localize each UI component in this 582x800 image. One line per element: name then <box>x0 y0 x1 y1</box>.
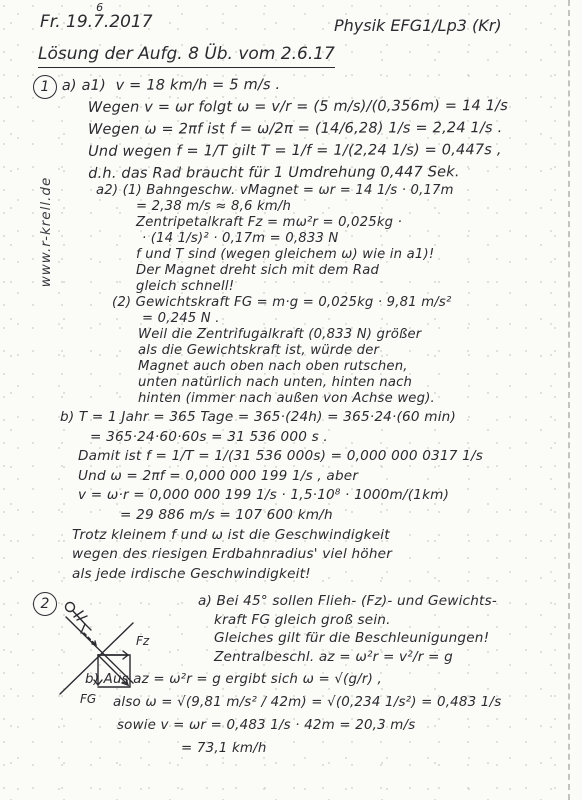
handwritten-line: = 0,245 N . <box>142 311 454 327</box>
handwritten-line: kraft FG gleich groß sein. <box>214 611 497 630</box>
handwritten-line: = 2,38 m/s ≈ 8,6 km/h <box>136 199 454 215</box>
handwritten-line: f und T sind (wegen gleichem ω) wie in a… <box>136 247 454 263</box>
problem-1-a2-block: a2) (1) Bahngeschw. vMagnet = ωr = 14 1/… <box>96 183 454 407</box>
motion-arrow <box>84 633 96 645</box>
problem-1-b-block: b) T = 1 Jahr = 365 Tage = 365·(24h) = 3… <box>60 408 483 584</box>
date: Fr. 19.67.2017 <box>40 12 153 32</box>
handwritten-line: Trotz kleinem f und ω ist die Geschwindi… <box>72 526 483 546</box>
handwritten-line: v = ω·r = 0,000 000 199 1/s · 1,5·10⁸ · … <box>78 486 483 506</box>
page-title: Lösung der Aufg. 8 Üb. vom 2.6.17 <box>38 44 335 68</box>
date-suffix: .2017 <box>104 12 153 32</box>
handwritten-line: d.h. das Rad braucht für 1 Umdrehung 0,4… <box>88 161 508 185</box>
fz-label: Fz <box>136 634 150 648</box>
handwritten-line: = 365·24·60·60s = 31 536 000 s . <box>90 428 483 448</box>
handwritten-line: Zentralbeschl. az = ω²r = v²/r = g <box>214 648 497 667</box>
date-correction-superscript: 6 <box>96 2 103 13</box>
handwritten-line: = 29 886 m/s = 107 600 km/h <box>120 506 483 526</box>
problem-2-b-block: b) Aus az = ω²r = g ergibt sich ω = √(g/… <box>85 668 501 760</box>
scan-edge-line <box>568 0 570 800</box>
problem-2-a-block: a) Bei 45° sollen Flieh- (Fz)- und Gewic… <box>198 592 497 666</box>
handwritten-line: wegen des riesigen Erdbahnradius' viel h… <box>72 545 483 565</box>
problem-1-marker: 1 <box>33 75 57 99</box>
handwritten-line: als jede irdische Geschwindigkeit! <box>72 565 483 585</box>
handwritten-line: Der Magnet dreht sich mit dem Rad <box>136 263 454 279</box>
handwritten-line: hinten (immer nach außen von Achse weg). <box>138 391 454 407</box>
handwritten-line: (2) Gewichtskraft FG = m·g = 0,025kg · 9… <box>112 295 454 311</box>
handwritten-line: · (14 1/s)² · 0,17m = 0,833 N <box>142 231 454 247</box>
handwritten-line: Weil die Zentrifugalkraft (0,833 N) größ… <box>138 327 454 343</box>
handwritten-line: Magnet auch oben nach oben rutschen, <box>138 359 454 375</box>
handwritten-line: sowie v = ωr = 0,483 1/s · 42m = 20,3 m/… <box>117 714 501 737</box>
handwritten-line: Gleiches gilt für die Beschleunigungen! <box>214 629 497 648</box>
handwritten-line: Wegen v = ωr folgt ω = v/r = (5 m/s)/(0,… <box>88 95 508 119</box>
date-month-corrected: 67 <box>93 12 104 32</box>
handwritten-line: Und wegen f = 1/T gilt T = 1/f = 1/(2,24… <box>88 139 508 163</box>
handwritten-line: b) T = 1 Jahr = 365 Tage = 365·(24h) = 3… <box>60 408 483 428</box>
handwritten-line: b) Aus az = ω²r = g ergibt sich ω = √(g/… <box>85 668 501 691</box>
handwritten-line: = 73,1 km/h <box>181 737 501 760</box>
handwritten-line: Damit ist f = 1/T = 1/(31 536 000s) = 0,… <box>78 447 483 467</box>
handwritten-line: Wegen ω = 2πf ist f = ω/2π = (14/6,28) 1… <box>88 117 508 141</box>
date-prefix: Fr. 19. <box>40 12 93 32</box>
handwritten-line: unten natürlich nach unten, hinten nach <box>138 375 454 391</box>
handwritten-line: a) Bei 45° sollen Flieh- (Fz)- und Gewic… <box>198 592 497 611</box>
handwritten-line: Zentripetalkraft Fz = mω²r = 0,025kg · <box>136 215 454 231</box>
handwritten-line: a) a1) v = 18 km/h = 5 m/s . <box>62 73 508 97</box>
handwritten-line: also ω = √(9,81 m/s² / 42m) = √(0,234 1/… <box>113 691 501 714</box>
handwritten-line: Und ω = 2πf = 0,000 000 199 1/s , aber <box>78 467 483 487</box>
handwritten-line: gleich schnell! <box>136 279 454 295</box>
handwritten-line: a2) (1) Bahngeschw. vMagnet = ωr = 14 1/… <box>96 183 454 199</box>
watermark-url: www.r-krell.de <box>38 126 58 338</box>
handwritten-line: als die Gewichtskraft ist, würde der <box>138 343 454 359</box>
problem-1-a1-block: a) a1) v = 18 km/h = 5 m/s .Wegen v = ωr… <box>62 73 509 185</box>
scanned-page: Fr. 19.67.2017 Physik EFG1/Lp3 (Kr) Lösu… <box>0 0 582 800</box>
course-label: Physik EFG1/Lp3 (Kr) <box>334 16 502 35</box>
